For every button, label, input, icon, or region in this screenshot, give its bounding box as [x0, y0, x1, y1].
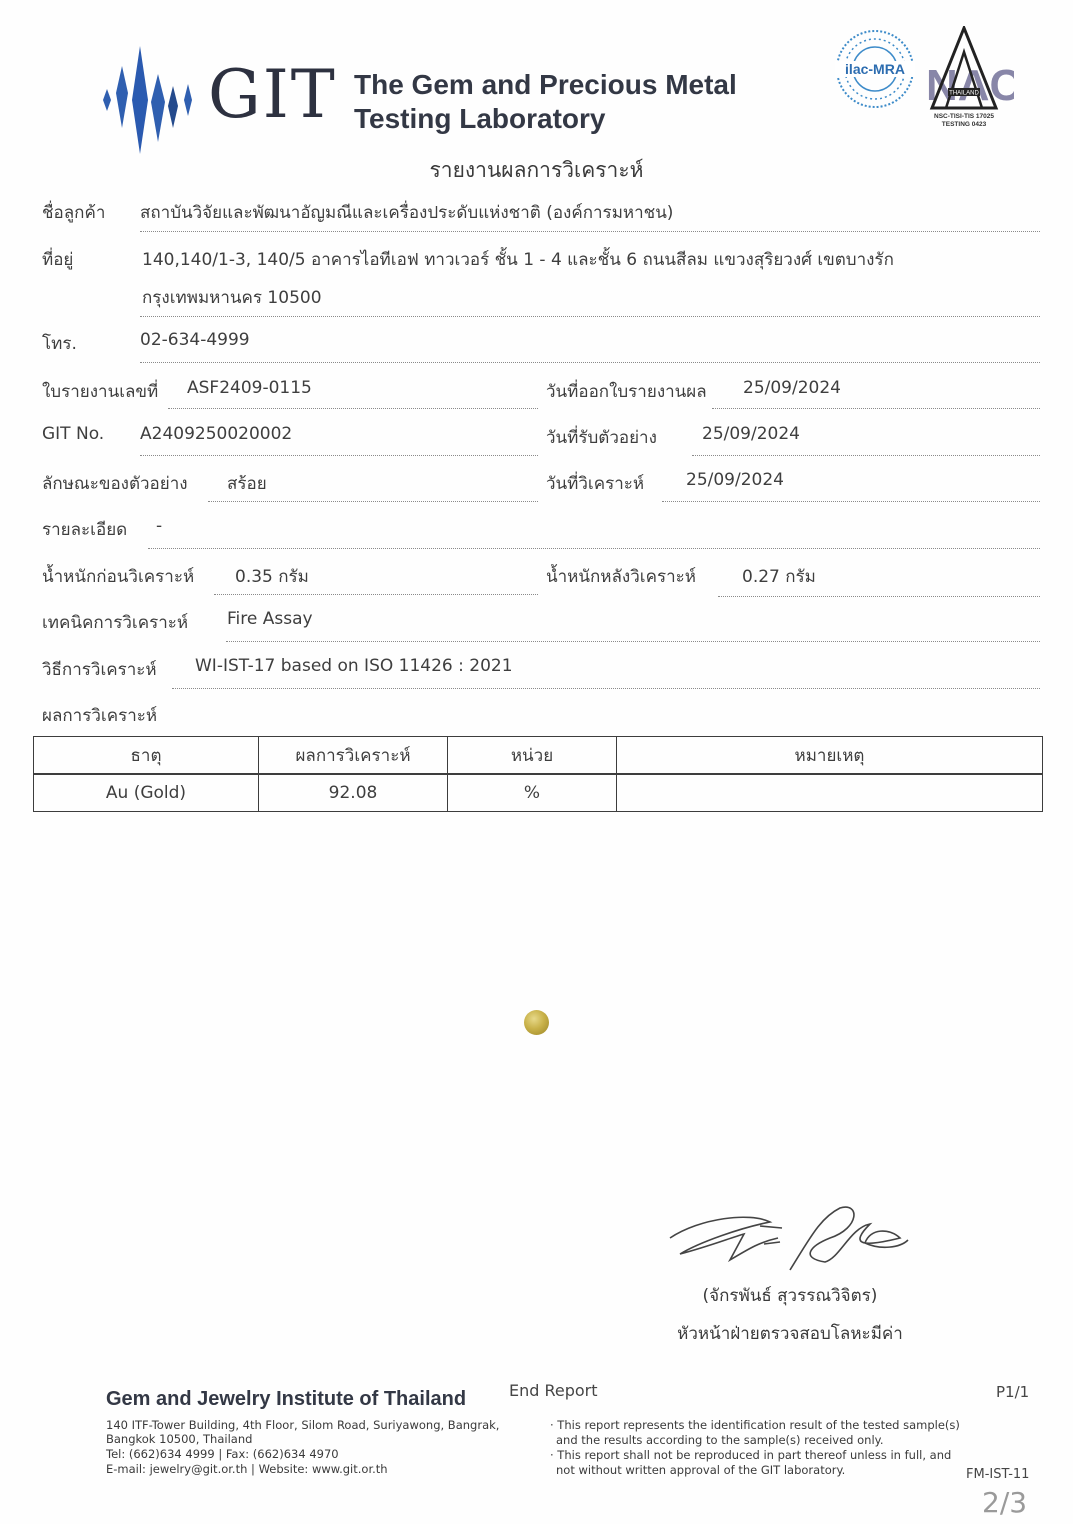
- dotted-line: [226, 641, 1040, 642]
- footer-org-name: Gem and Jewelry Institute of Thailand: [106, 1388, 466, 1411]
- dotted-line: [718, 596, 1040, 597]
- received-date-value: 25/09/2024: [702, 424, 800, 444]
- disclaimer-1-line2: and the results according to the sample(…: [556, 1433, 883, 1447]
- dotted-line: [148, 548, 1040, 549]
- header-result: ผลการวิเคราะห์: [259, 737, 448, 775]
- gold-sample-bead-image: [524, 1010, 549, 1035]
- report-title: รายงานผลการวิเคราะห์: [0, 154, 1073, 187]
- address-line2: กรุงเทพมหานคร 10500: [142, 284, 322, 311]
- address-line1: 140,140/1-3, 140/5 อาคารไอทีเอฟ ทาวเวอร์…: [142, 246, 894, 273]
- analysis-date-label: วันที่วิเคราะห์: [546, 470, 644, 497]
- signatory-name: (จักรพันธ์ สุวรรณวิจิตร): [640, 1282, 940, 1309]
- ilac-mra-icon: ilac-MRA: [834, 28, 916, 110]
- dotted-line: [140, 455, 538, 456]
- weight-after-value: 0.27 กรัม: [742, 563, 816, 590]
- dotted-line: [172, 688, 1040, 689]
- lab-title-line2: Testing Laboratory: [354, 102, 737, 136]
- analysis-date-value: 25/09/2024: [686, 470, 784, 490]
- header-element: ธาตุ: [34, 737, 259, 775]
- disclaimer-2-line1: · This report shall not be reproduced in…: [550, 1448, 951, 1462]
- report-page: GIT The Gem and Precious Metal Testing L…: [0, 0, 1073, 1524]
- customer-name-label: ชื่อลูกค้า: [42, 199, 105, 226]
- git-no-label: GIT No.: [42, 424, 104, 444]
- dotted-line: [662, 501, 1040, 502]
- address-label: ที่อยู่: [42, 246, 73, 273]
- dotted-line: [140, 362, 1040, 363]
- cell-result: 92.08: [259, 774, 448, 812]
- table-header-row: ธาตุ ผลการวิเคราะห์ หน่วย หมายเหตุ: [34, 737, 1043, 775]
- footer-contact-line1: Tel: (662)634 4999 | Fax: (662)634 4970: [106, 1447, 339, 1461]
- svg-text:NSC-TISI-TIS 17025: NSC-TISI-TIS 17025: [934, 113, 994, 120]
- method-value: WI-IST-17 based on ISO 11426 : 2021: [195, 656, 513, 676]
- git-logo-text: GIT: [208, 62, 337, 128]
- received-date-label: วันที่รับตัวอย่าง: [546, 424, 657, 451]
- dotted-line: [692, 455, 1040, 456]
- details-value: -: [156, 516, 162, 536]
- lab-title-line1: The Gem and Precious Metal: [354, 68, 737, 102]
- form-code: FM-IST-11: [966, 1467, 1029, 1482]
- details-label: รายละเอียด: [42, 516, 127, 543]
- svg-text:THAILAND: THAILAND: [949, 91, 979, 97]
- lab-title: The Gem and Precious Metal Testing Labor…: [354, 68, 737, 136]
- technique-label: เทคนิคการวิเคราะห์: [42, 609, 188, 636]
- dotted-line: [214, 594, 538, 595]
- cell-remark: [617, 774, 1043, 812]
- header-unit: หน่วย: [448, 737, 617, 775]
- method-label: วิธีการวิเคราะห์: [42, 656, 157, 683]
- header-remark: หมายเหตุ: [617, 737, 1043, 775]
- svg-text:ilac-MRA: ilac-MRA: [845, 61, 905, 77]
- signatory-title: หัวหน้าฝ่ายตรวจสอบโลหะมีค่า: [640, 1320, 940, 1347]
- results-table: ธาตุ ผลการวิเคราะห์ หน่วย หมายเหตุ Au (G…: [33, 736, 1043, 812]
- git-no-value: A2409250020002: [140, 424, 292, 444]
- signature-image: [660, 1198, 920, 1278]
- git-diamond-logo-icon: [100, 44, 200, 156]
- footer-contact-line2: E-mail: jewelry@git.or.th | Website: www…: [106, 1462, 388, 1476]
- table-row: Au (Gold) 92.08 %: [34, 774, 1043, 812]
- results-label: ผลการวิเคราะห์: [42, 702, 157, 729]
- weight-after-label: น้ำหนักหลังวิเคราะห์: [546, 563, 696, 590]
- weight-before-value: 0.35 กรัม: [235, 563, 309, 590]
- customer-name-value: สถาบันวิจัยและพัฒนาอัญมณีและเครื่องประดั…: [140, 199, 673, 226]
- weight-before-label: น้ำหนักก่อนวิเคราะห์: [42, 563, 194, 590]
- issue-date-value: 25/09/2024: [743, 378, 841, 398]
- dotted-line: [208, 501, 538, 502]
- phone-value: 02-634-4999: [140, 330, 250, 350]
- issue-date-label: วันที่ออกใบรายงานผล: [546, 378, 707, 405]
- sample-type-value: สร้อย: [227, 470, 267, 497]
- end-report-label: End Report: [509, 1381, 598, 1400]
- svg-text:TESTING 0423: TESTING 0423: [942, 121, 987, 128]
- footer-address-line2: Bangkok 10500, Thailand: [106, 1432, 252, 1446]
- page-number: P1/1: [996, 1383, 1029, 1401]
- sheet-counter: 2/3: [982, 1486, 1027, 1519]
- footer-address-line1: 140 ITF-Tower Building, 4th Floor, Silom…: [106, 1418, 499, 1432]
- dotted-line: [168, 408, 538, 409]
- cell-unit: %: [448, 774, 617, 812]
- dotted-line: [140, 316, 1040, 317]
- technique-value: Fire Assay: [227, 609, 313, 629]
- disclaimer-2-line2: not without written approval of the GIT …: [556, 1463, 845, 1477]
- dotted-line: [712, 408, 1040, 409]
- report-no-value: ASF2409-0115: [187, 378, 312, 398]
- dotted-line: [140, 231, 1040, 232]
- cell-element: Au (Gold): [34, 774, 259, 812]
- sample-type-label: ลักษณะของตัวอย่าง: [42, 470, 188, 497]
- phone-label: โทร.: [42, 330, 77, 357]
- report-no-label: ใบรายงานเลขที่: [42, 378, 158, 405]
- nac-thailand-icon: NAC THAILAND NSC-TISI-TIS 17025 TESTING …: [918, 26, 1014, 130]
- disclaimer-1-line1: · This report represents the identificat…: [550, 1418, 960, 1432]
